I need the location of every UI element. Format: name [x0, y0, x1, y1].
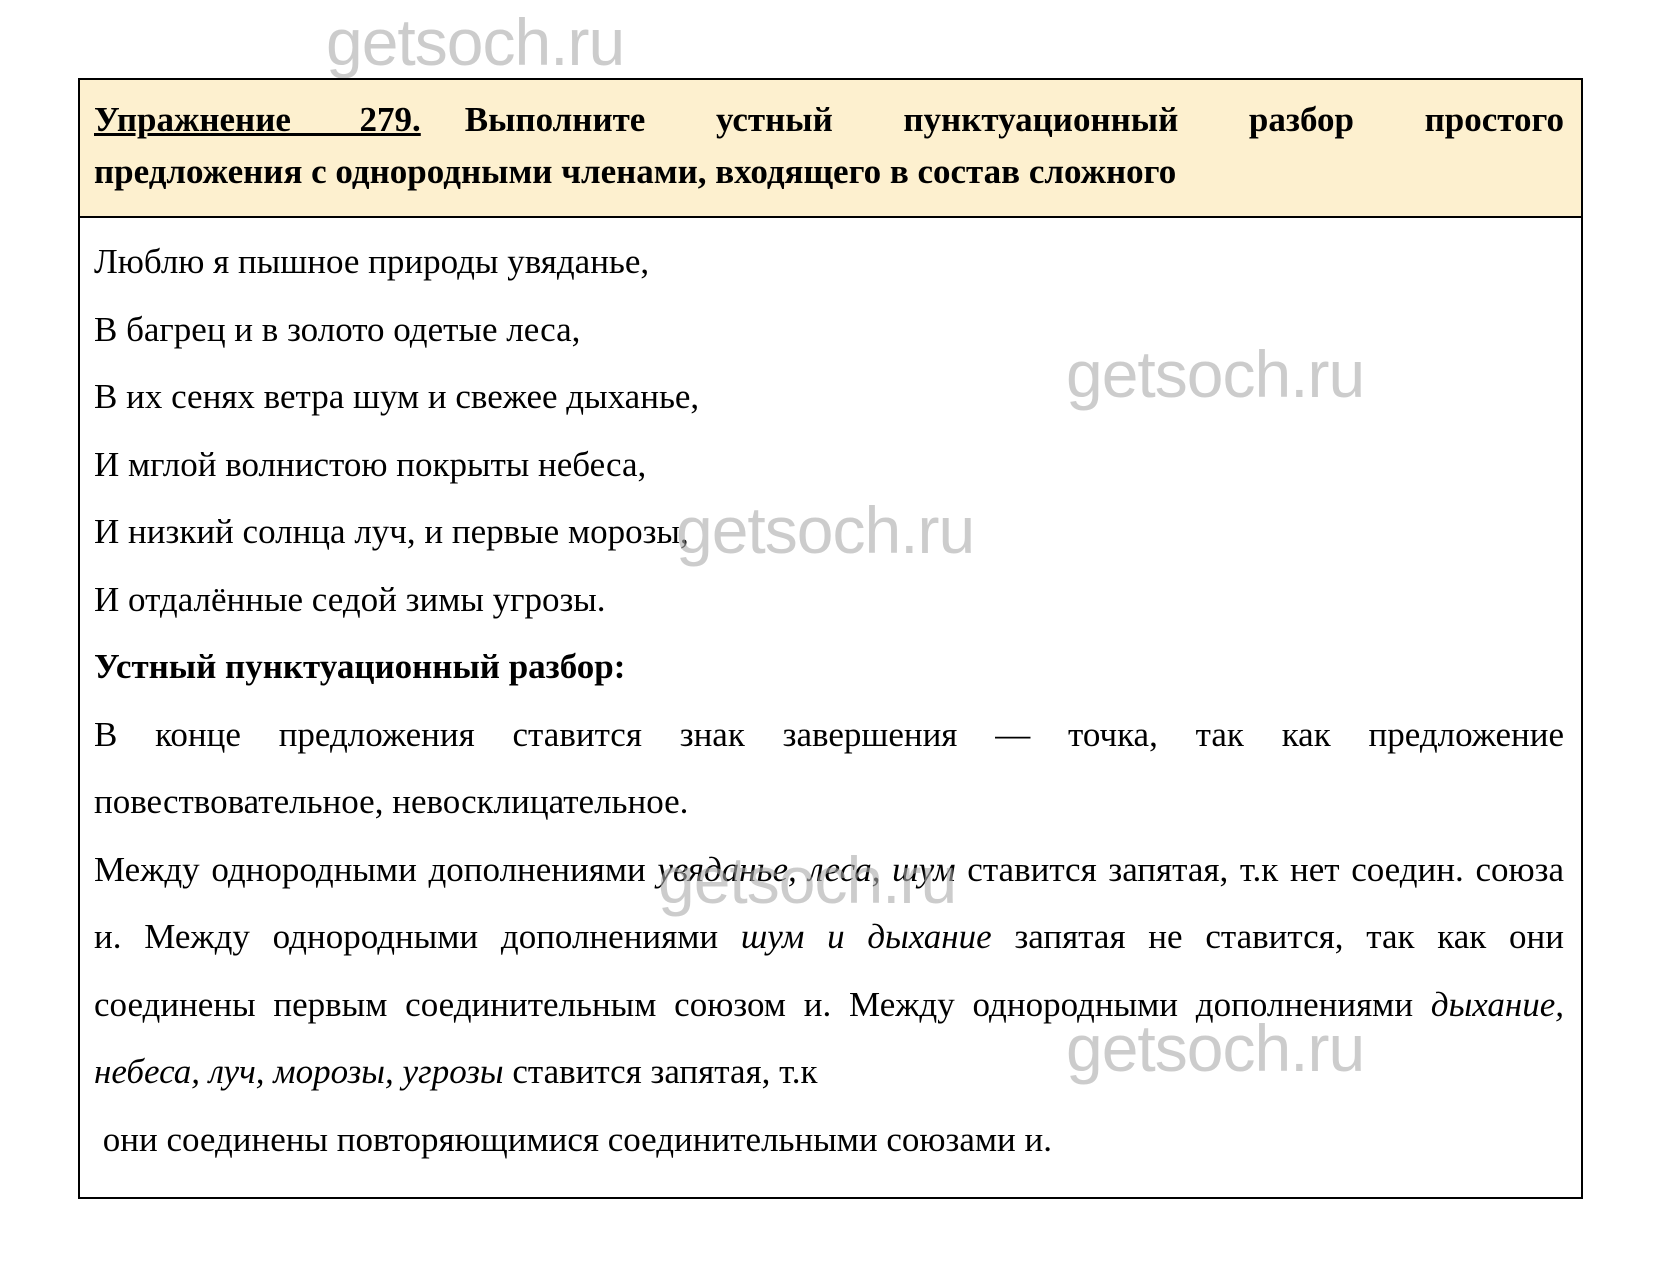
- exercise-number-label: Упражнение 279.: [94, 100, 421, 139]
- exercise-header: Упражнение 279.Выполните устный пунктуац…: [80, 80, 1581, 218]
- watermark: getsoch.ru: [326, 4, 624, 80]
- task-text-1: Выполните устный пунктуационный разбор п…: [465, 100, 1564, 139]
- poem-line: И мглой волнистою покрыты небеса,: [94, 431, 1564, 499]
- task-title-line-2: предложения с однородными членами, входя…: [94, 146, 1564, 198]
- analysis-heading: Устный пунктуационный разбор:: [94, 633, 1564, 701]
- poem-line: И низкий солнца луч, и первые морозы,: [94, 498, 1564, 566]
- poem-line: И отдалённые седой зимы угрозы.: [94, 566, 1564, 634]
- analysis-paragraph-2-end: они соединены повторяющимися соединитель…: [94, 1106, 1564, 1174]
- poem-line: В багрец и в золото одетые леса,: [94, 296, 1564, 364]
- exercise-card: Упражнение 279.Выполните устный пунктуац…: [78, 78, 1583, 1199]
- poem-line: Люблю я пышное природы увяданье,: [94, 228, 1564, 296]
- highlighted-words: увяданье, леса, шум: [657, 850, 955, 889]
- text: Между однородными дополнениями: [94, 850, 657, 889]
- poem-line: В их сенях ветра шум и свежее дыханье,: [94, 363, 1564, 431]
- analysis-paragraph-1: В конце предложения ставится знак заверш…: [94, 701, 1564, 836]
- highlighted-words: шум и дыхание: [741, 917, 992, 956]
- text: ставится запятая, т.к: [504, 1052, 818, 1091]
- analysis-paragraph-2: Между однородными дополнениями увяданье,…: [94, 836, 1564, 1106]
- task-title-line-1: Упражнение 279.Выполните устный пунктуац…: [94, 94, 1564, 146]
- exercise-body: Люблю я пышное природы увяданье, В багре…: [80, 218, 1581, 1197]
